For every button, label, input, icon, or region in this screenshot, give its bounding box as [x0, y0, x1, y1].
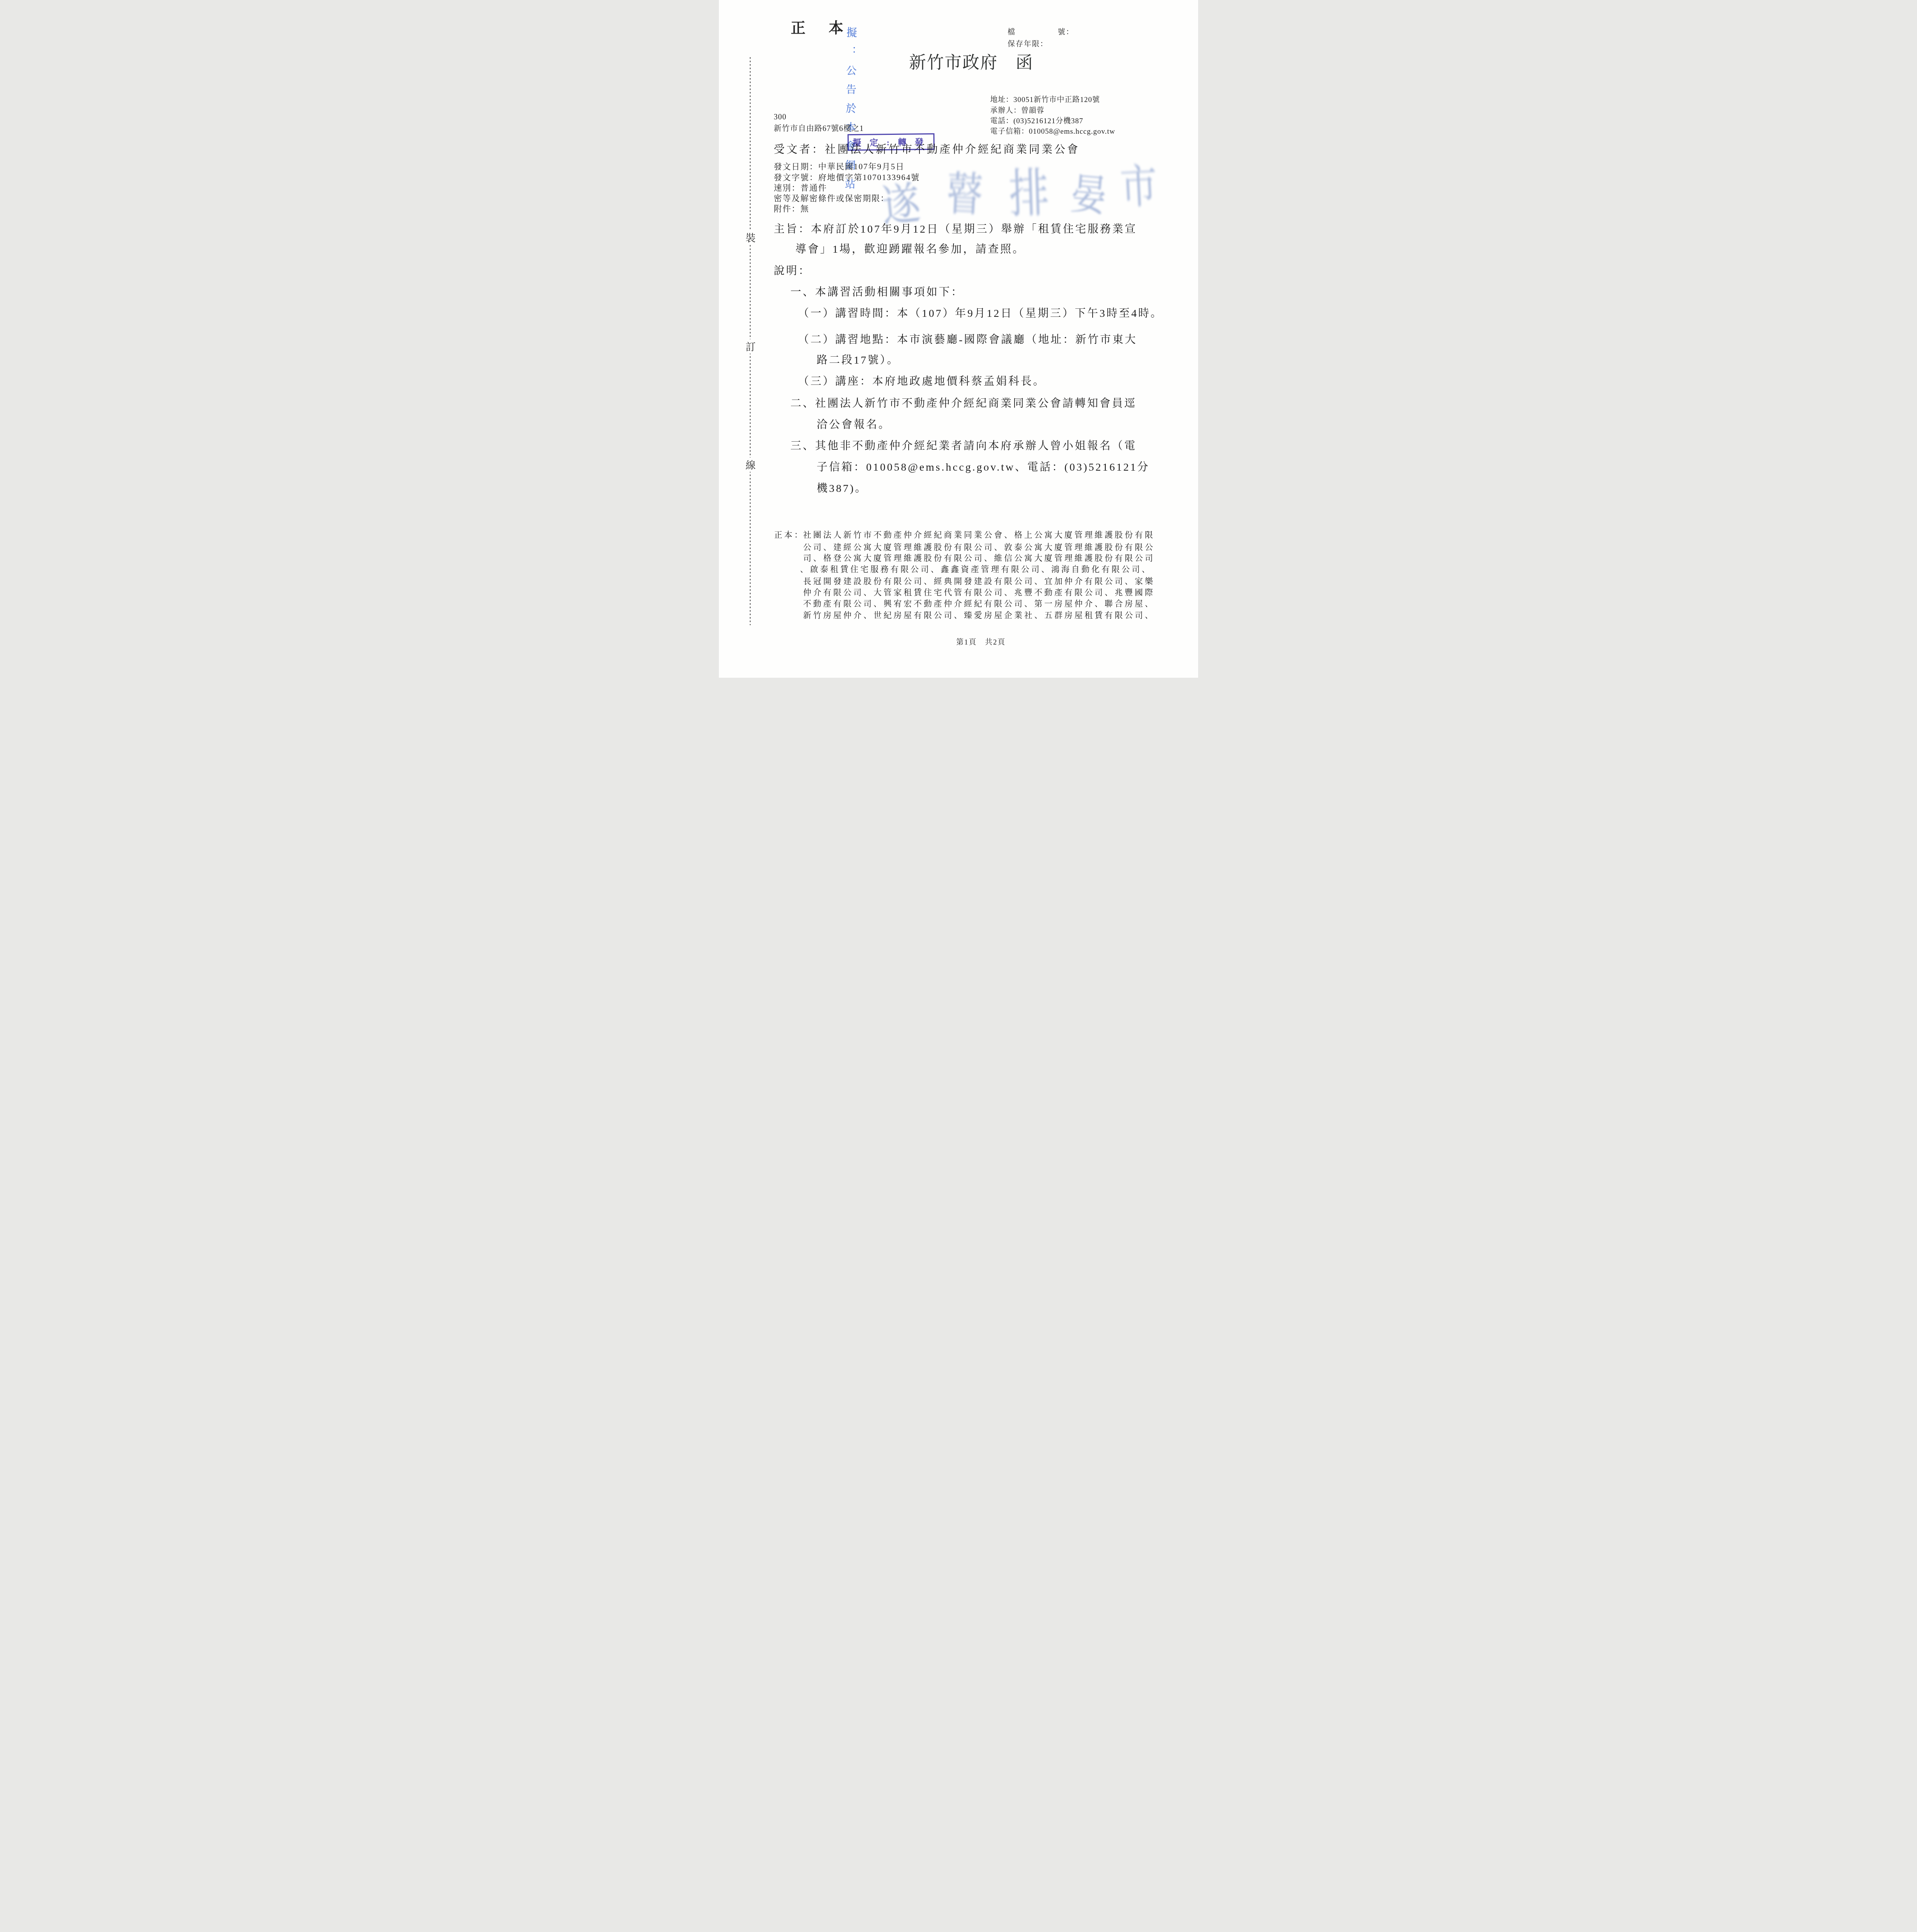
retention-label: 保存年限：: [1008, 40, 1048, 49]
sender-person: 承辦人：曾韻蓉: [990, 107, 1044, 115]
distribution-label: 正本：: [774, 530, 804, 539]
approval-stamp: 擬定:轉發: [848, 133, 935, 151]
handwriting-glyph: 排: [1008, 151, 1050, 228]
item-1-2-line1: （二）講習地點：本市演藝廳-國際會議廳（地址：新竹市東大: [798, 334, 1137, 346]
binding-mark-ding: 訂: [744, 339, 758, 354]
distribution-line: 新竹房屋仲介、世紀房屋有限公司、臻愛房屋企業社、五群房屋租賃有限公司、: [803, 611, 1155, 620]
meta-attachment: 附件：無: [774, 204, 809, 213]
explanation-label: 說明：: [774, 265, 811, 277]
item-1-3: （三）講座：本府地政處地價科蔡孟娟科長。: [798, 376, 1045, 388]
handwriting-glyph: 市: [1119, 149, 1159, 217]
binding-mark-zhuang: 裝: [744, 230, 758, 245]
handwriting-glyph: 晏: [1069, 160, 1109, 224]
meta-security: 密等及解密條件或保密期限：: [774, 194, 889, 203]
document-title: 新竹市政府 函: [909, 53, 1033, 73]
file-number-row: 檔 號：: [1008, 26, 1074, 37]
distribution-line: 仲介有限公司、大管家租賃住宅代管有限公司、兆豐不動產有限公司、兆豐國際: [803, 588, 1155, 597]
page-number: 第1頁 共2頁: [956, 638, 1006, 647]
sender-address: 地址：30051新竹市中正路120號: [990, 96, 1100, 104]
scanned-official-letter: 裝 訂 線 正本 檔 號： 保存年限： 新竹市政府 函 地址：30051新竹市中…: [719, 0, 1198, 678]
item-1: 一、本講習活動相關事項如下：: [790, 286, 964, 299]
distribution-line: 社團法人新竹市不動產仲介經紀商業同業公會、格上公寓大廈管理維護股份有限: [803, 530, 1155, 539]
recipient-zip: 300: [774, 113, 787, 122]
sender-phone: 電話：(03)5216121分機387: [990, 117, 1083, 126]
handwritten-annotation: 遂 瞽 排 晏 市: [881, 162, 1152, 228]
item-1-2-line2: 路二段17號）。: [817, 354, 899, 367]
subject-line-1: 主旨：本府訂於107年9月12日（星期三）舉辦「租賃住宅服務業宣: [774, 223, 1137, 236]
distribution-line: 司、格登公寓大廈管理維護股份有限公司、維信公寓大廈管理維護股份有限公司: [803, 553, 1155, 563]
meta-date: 發文日期：中華民國107年9月5日: [774, 162, 905, 171]
distribution-line: 長冠開發建設股份有限公司、經典開發建設有限公司、宜加仲介有限公司、家樂: [803, 577, 1155, 586]
file-number-label-right: 號：: [1058, 26, 1074, 37]
item-1-1: （一）講習時間：本（107）年9月12日（星期三）下午3時至4時。: [798, 308, 1163, 320]
meta-speed: 速別：普通件: [774, 183, 827, 192]
subject-line-2: 導會」1場，歡迎踴躍報名參加，請查照。: [795, 243, 1025, 256]
item-2-line1: 二、社團法人新竹市不動產仲介經紀商業同業公會請轉知會員逕: [790, 398, 1137, 410]
handwritten-vertical-note: 擬：公告於本會網站: [841, 27, 858, 215]
item-3-line1: 三、其他非不動產仲介經紀業者請向本府承辦人曾小姐報名（電: [790, 440, 1137, 452]
handwriting-glyph: 瞽: [945, 157, 985, 225]
file-number-label-left: 檔: [1008, 26, 1016, 37]
sender-email: 電子信箱：010058@ems.hccg.gov.tw: [990, 128, 1115, 136]
distribution-line: 不動產有限公司、興宥宏不動產仲介經紀有限公司、第一房屋仲介、聯合房屋、: [803, 599, 1155, 608]
item-3-line3: 機387)。: [817, 483, 867, 495]
distribution-line: 公司、建經公寓大廈管理維護股份有限公司、敦泰公寓大廈管理維護股份有限公: [803, 543, 1155, 552]
item-2-line2: 洽公會報名。: [817, 419, 891, 431]
distribution-line: 、啟泰租賃住宅服務有限公司、鑫鑫資產管理有限公司、鴻海自動化有限公司、: [800, 565, 1152, 574]
item-3-line2: 子信箱：010058@ems.hccg.gov.tw、電話：(03)521612…: [817, 461, 1150, 474]
binding-mark-xian: 線: [744, 457, 758, 472]
